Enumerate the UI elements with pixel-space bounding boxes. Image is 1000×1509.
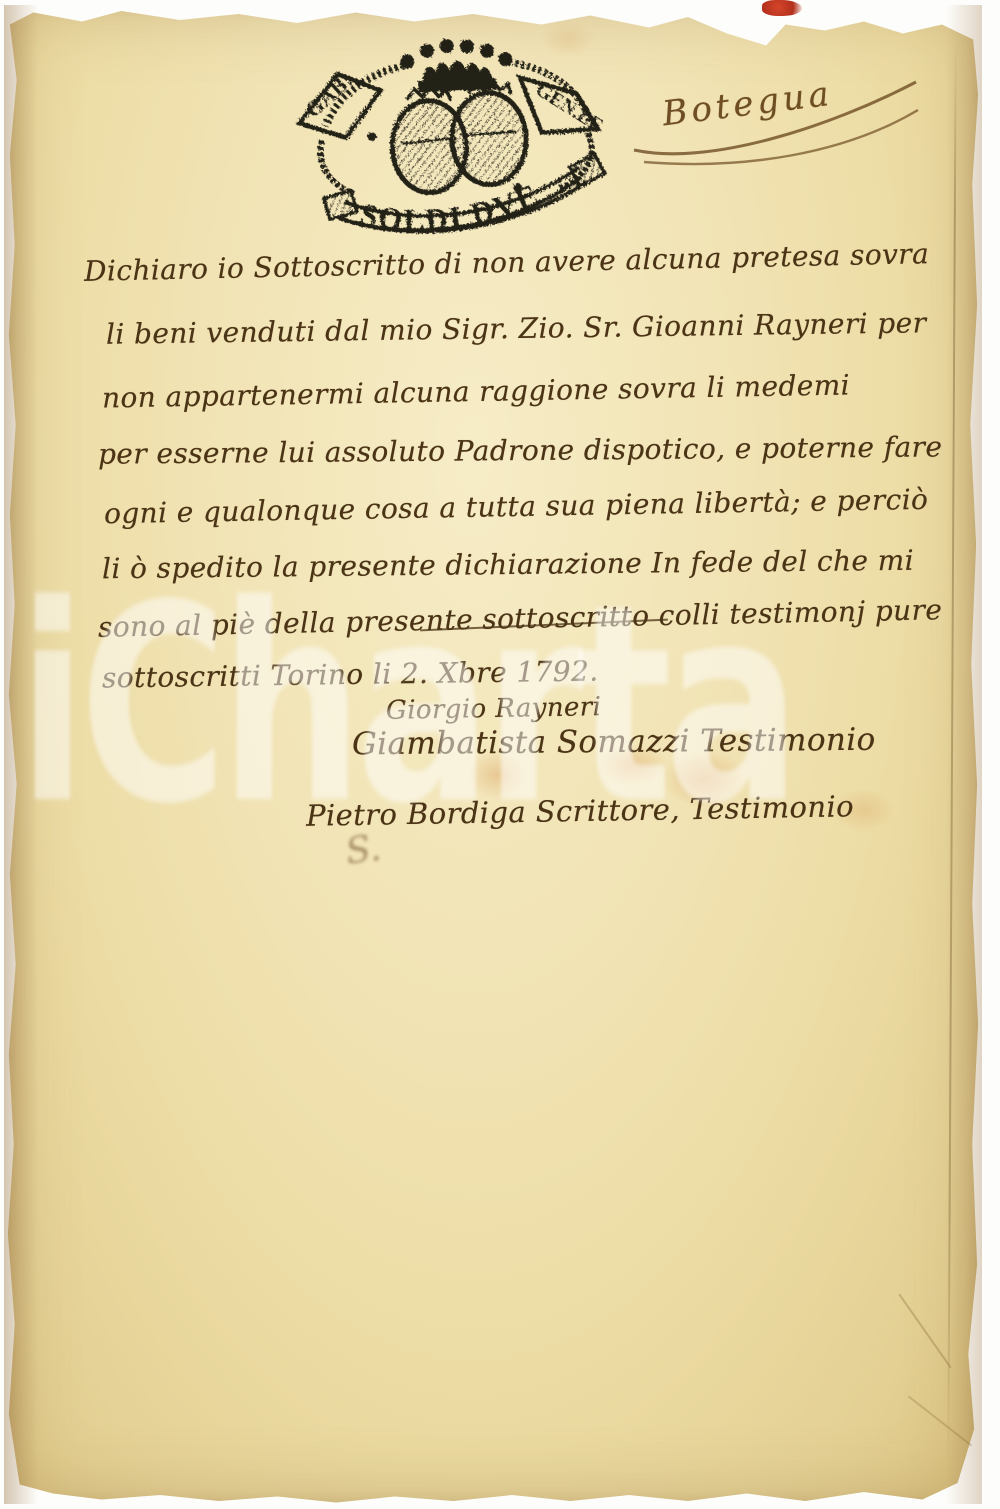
signature-giorgio-rayneri: Giorgio Rayneri xyxy=(386,692,602,726)
scanned-manuscript-page: { "paper": { "color": "#f1e3b4", "ink_co… xyxy=(0,0,1000,1509)
manuscript-dateline: sottoscritti Torino li 2. Xbre 1792. xyxy=(102,655,599,695)
stamp-right-ribbon-text: GEN.LE xyxy=(532,79,607,137)
ink-smudge: S. xyxy=(343,828,383,873)
revenue-stamp: GAB: GEN.LE SOLDI DVE xyxy=(281,32,622,242)
signature-somazzi-witness: Giambatista Somazzi Testimonio xyxy=(352,722,876,763)
paper-left-torn-edge xyxy=(4,5,38,1504)
red-wax-trace xyxy=(762,0,802,16)
